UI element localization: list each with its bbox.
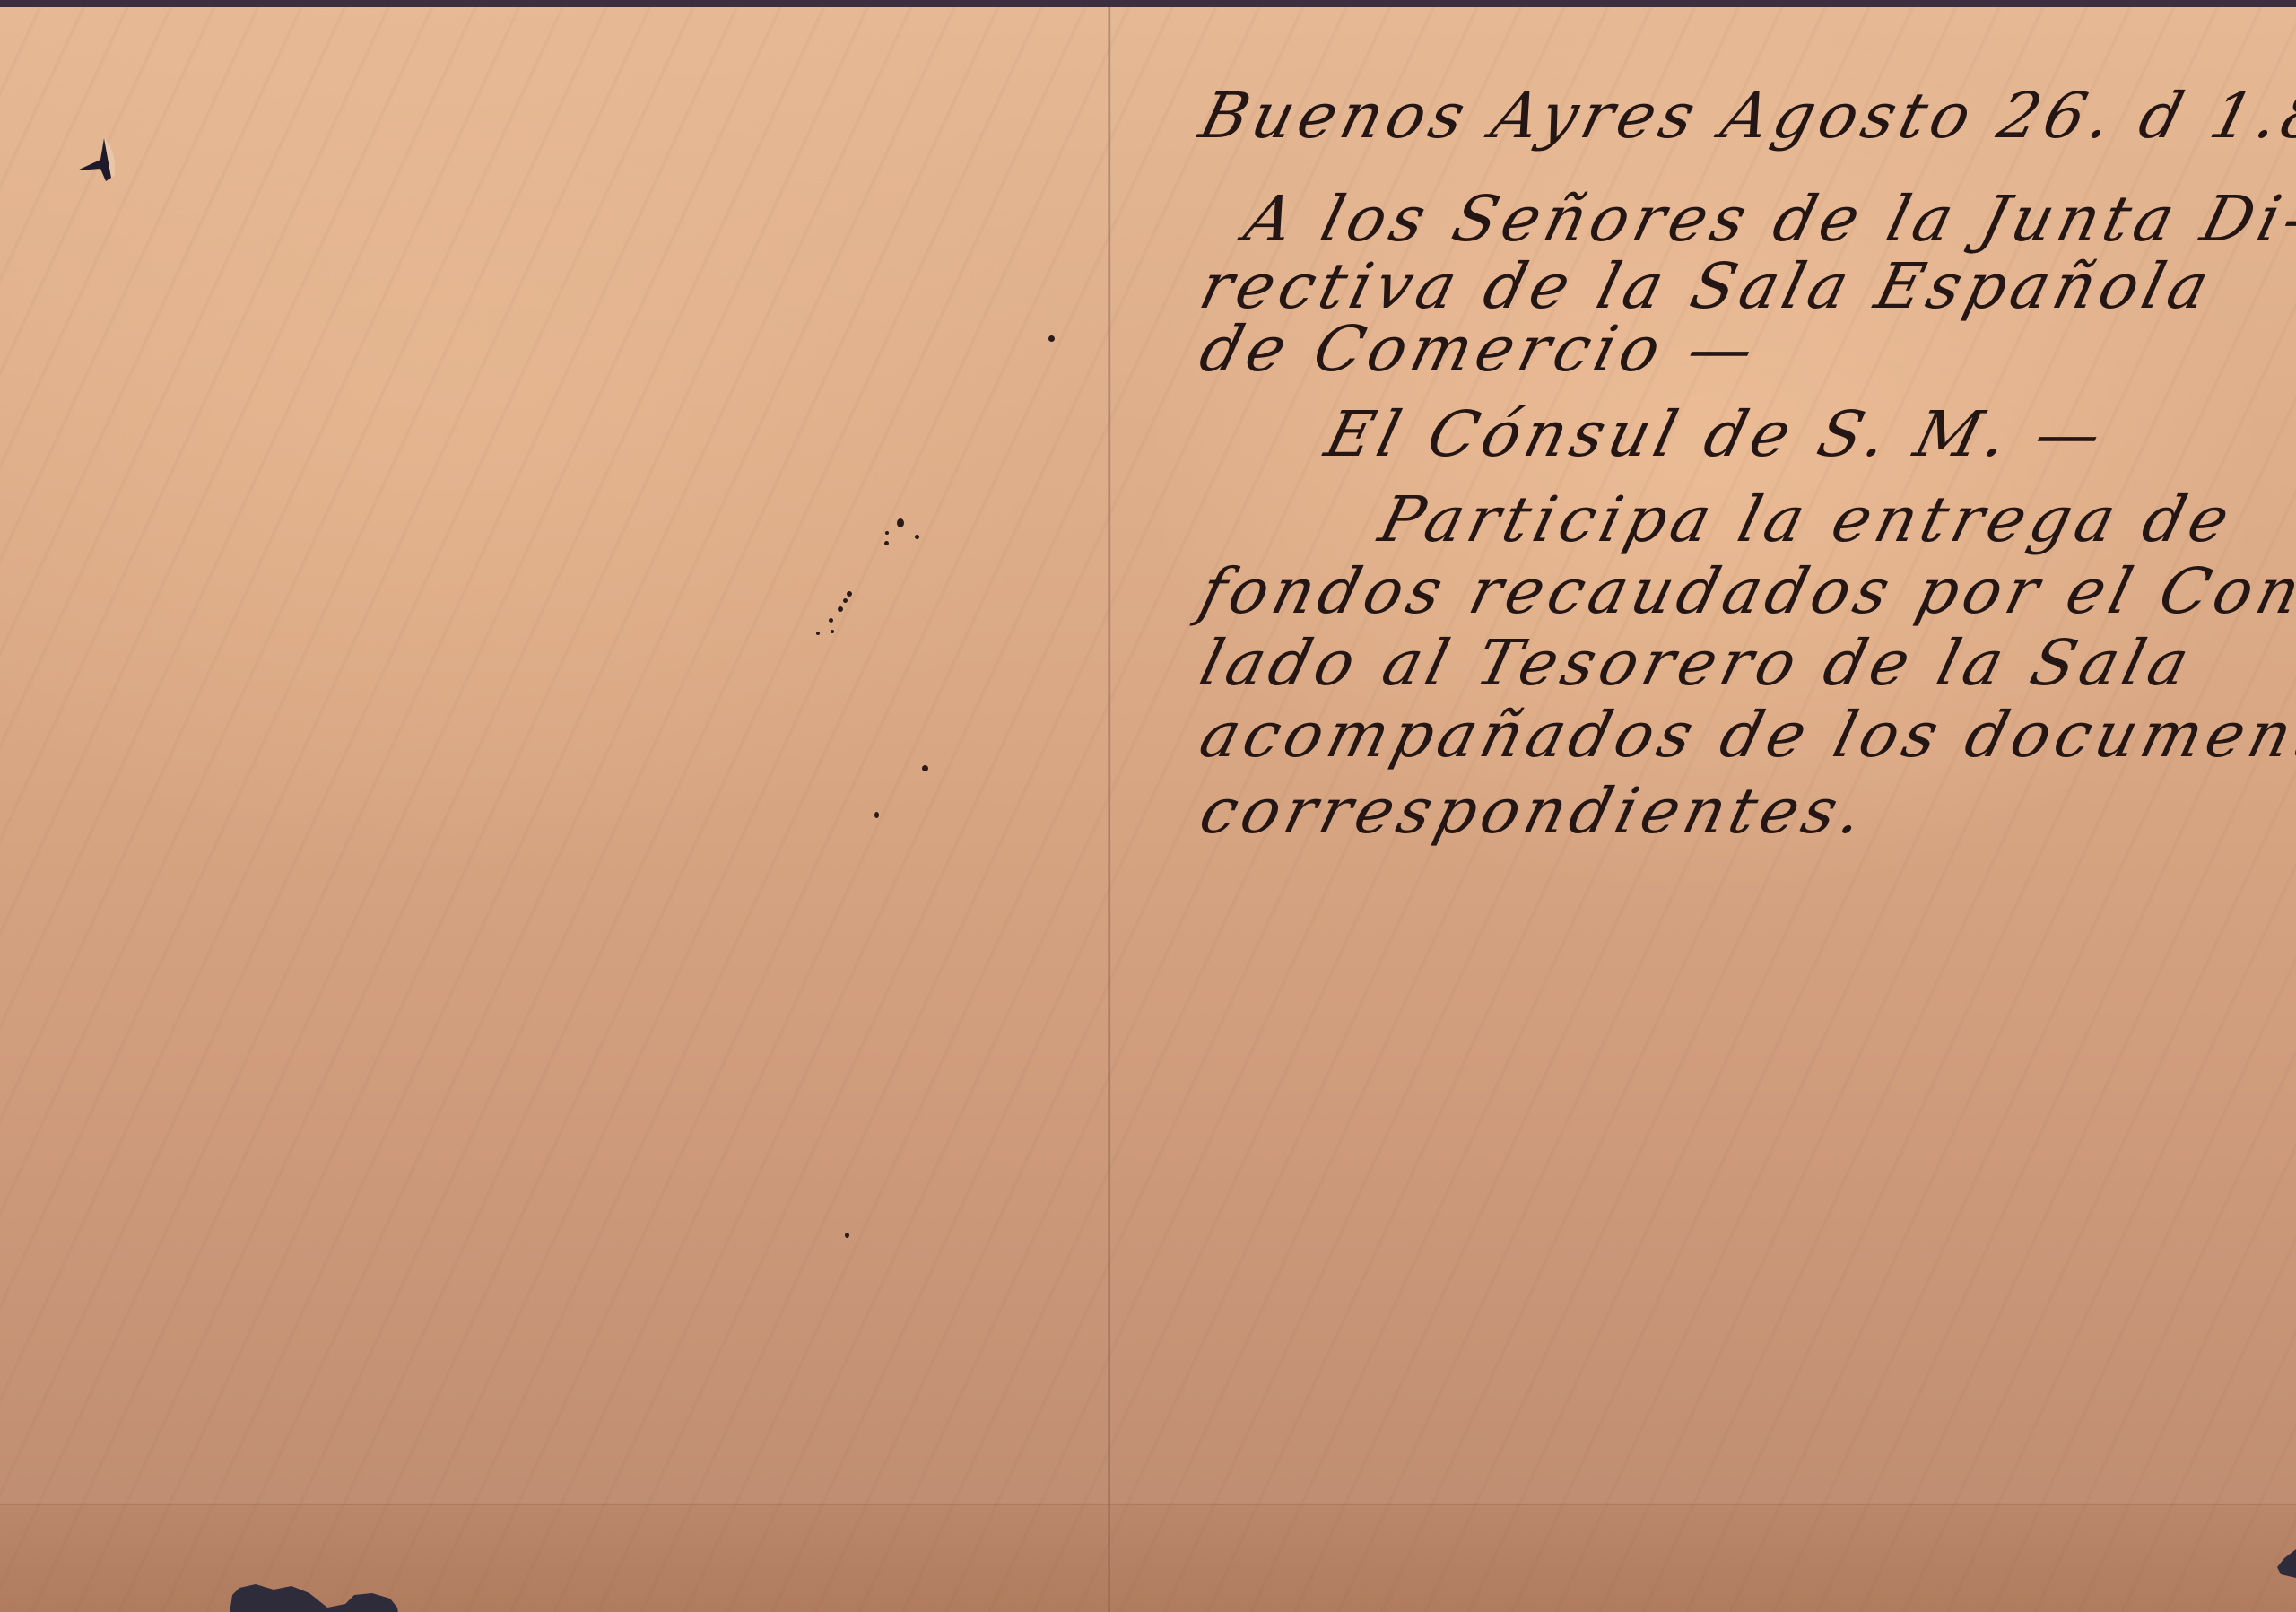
ink-spot bbox=[847, 591, 852, 597]
document-paper: Buenos Ayres Agosto 26. d 1.854.— A los … bbox=[0, 7, 2296, 1612]
letter-body-line: lado al Tesorero de la Sala bbox=[1193, 626, 2201, 700]
letter-salutation: A los Señores de la Junta Di- bbox=[1238, 182, 2296, 256]
letter-dateline: Buenos Ayres Agosto 26. d 1.854.— bbox=[1193, 79, 2296, 152]
ink-spot bbox=[922, 765, 928, 771]
vertical-fold-line bbox=[1108, 7, 1111, 1612]
right-page: Buenos Ayres Agosto 26. d 1.854.— A los … bbox=[1184, 43, 2278, 940]
ink-spot bbox=[816, 632, 820, 635]
horizontal-fold-line bbox=[0, 1503, 2296, 1505]
paper-damage bbox=[2265, 1546, 2296, 1582]
ink-spot bbox=[897, 518, 904, 527]
ink-spot bbox=[874, 812, 879, 818]
paper-damage bbox=[220, 1577, 426, 1612]
letter-body-line: fondos recaudados por el Consu- bbox=[1193, 554, 2296, 628]
ink-spot bbox=[838, 606, 843, 612]
ink-spot bbox=[915, 535, 919, 539]
letter-body-line: correspondientes. bbox=[1193, 774, 1876, 848]
letter-sender: El Cónsul de S. M. — bbox=[1318, 397, 2114, 471]
ink-spot bbox=[845, 1233, 849, 1238]
letter-body-line: acompañados de los documentos bbox=[1193, 698, 2296, 771]
ink-spot bbox=[831, 630, 834, 633]
letter-body-line: Participa la entrega de bbox=[1372, 483, 2241, 556]
torn-hole bbox=[70, 133, 124, 187]
ink-spot bbox=[829, 618, 833, 623]
ink-spot bbox=[885, 531, 889, 535]
ink-spot bbox=[1048, 335, 1055, 342]
ink-spot bbox=[884, 541, 889, 545]
letter-salutation: de Comercio — bbox=[1193, 312, 1767, 386]
ink-spot bbox=[843, 598, 848, 603]
